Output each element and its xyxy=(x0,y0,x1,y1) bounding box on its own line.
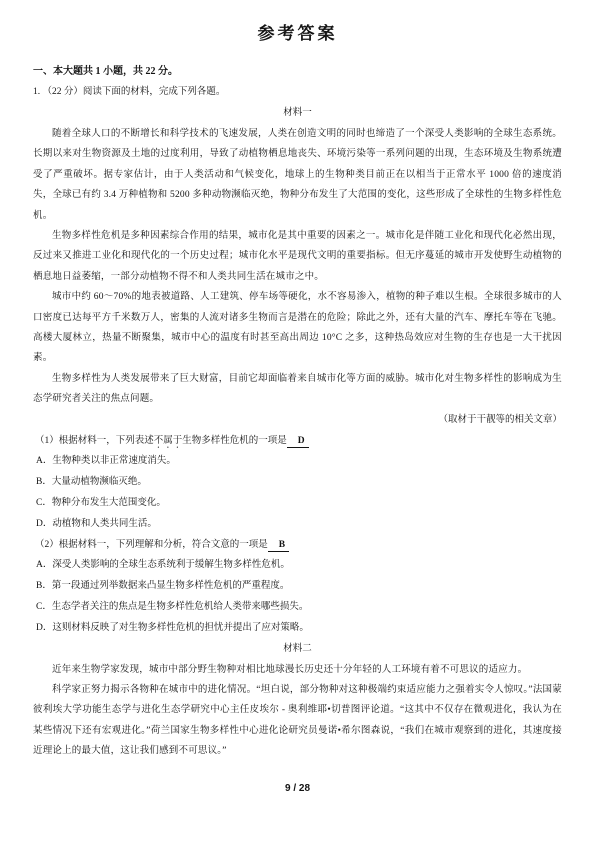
question-1-stem: （1）根据材料一，下列表述不属于生物多样性危机的一项是D xyxy=(33,431,562,452)
question-2-option-c: C．生态学者关注的焦点是生物多样性危机给人类带来哪些损失。 xyxy=(33,597,562,618)
question-2-option-b: B．第一段通过列举数据来凸显生物多样性危机的严重程度。 xyxy=(33,576,562,597)
answer-sheet-page: 参考答案 一、本大题共 1 小题，共 22 分。 1. （22 分）阅读下面的材… xyxy=(0,0,595,841)
material-one-paragraph-1: 随着全球人口的不断增长和科学技术的飞速发展，人类在创造文明的同时也缔造了一个深受… xyxy=(33,124,562,226)
material-two-paragraph-2: 科学家正努力揭示各物种在城市中的进化情况。“坦白说，部分物种对这种极端约束适应能… xyxy=(33,680,562,762)
material-two-heading: 材料二 xyxy=(33,639,562,660)
question-2-option-d: D．这则材料反映了对生物多样性危机的担忧并提出了应对策略。 xyxy=(33,618,562,639)
question-2-stem: （2）根据材料一，下列理解和分析，符合文意的一项是B xyxy=(33,535,562,556)
question-1-stem-emphasis: 不属于 xyxy=(154,436,183,446)
source-attribution: （取材于干靓等的相关文章） xyxy=(33,410,562,431)
question-2-option-a: A．深受人类影响的全球生态系统利于缓解生物多样性危机。 xyxy=(33,555,562,576)
material-one-heading: 材料一 xyxy=(33,103,562,124)
material-one-paragraph-4: 生物多样性为人类发展带来了巨大财富，目前它却面临着来自城市化等方面的威胁。城市化… xyxy=(33,369,562,410)
question-1-answer: D xyxy=(287,435,309,448)
material-one-paragraph-2: 生物多样性危机是多种因素综合作用的结果，城市化是其中重要的因素之一。城市化是伴随… xyxy=(33,226,562,287)
question-1-option-a: A．生物种类以非正常速度消失。 xyxy=(33,451,562,472)
page-title: 参考答案 xyxy=(33,22,562,46)
document-content: 参考答案 一、本大题共 1 小题，共 22 分。 1. （22 分）阅读下面的材… xyxy=(0,0,595,762)
page-number: 9 / 28 xyxy=(0,783,595,794)
question-1-stem-prefix: （1）根据材料一，下列表述 xyxy=(35,436,154,446)
question-2-answer: B xyxy=(268,539,289,552)
question-2-stem-prefix: （2）根据材料一，下列理解和分析，符合文意的一项是 xyxy=(35,540,268,550)
question-1-option-c: C．物种分布发生大范围变化。 xyxy=(33,493,562,514)
question-1-stem-suffix: 生物多样性危机的一项是 xyxy=(182,436,287,446)
question-1-option-d: D．动植物和人类共同生活。 xyxy=(33,514,562,535)
section-heading: 一、本大题共 1 小题，共 22 分。 xyxy=(33,61,562,82)
question-1-option-b: B．大量动植物濒临灭绝。 xyxy=(33,472,562,493)
material-two-paragraph-1: 近年来生物学家发现，城市中部分野生物种对相比地球漫长历史还十分年轻的人工环境有着… xyxy=(33,660,562,680)
question-intro: 1. （22 分）阅读下面的材料，完成下列各题。 xyxy=(33,82,562,103)
material-one-paragraph-3: 城市中约 60～70%的地表被道路、人工建筑、停车场等硬化，水不容易渗入，植物的… xyxy=(33,287,562,369)
